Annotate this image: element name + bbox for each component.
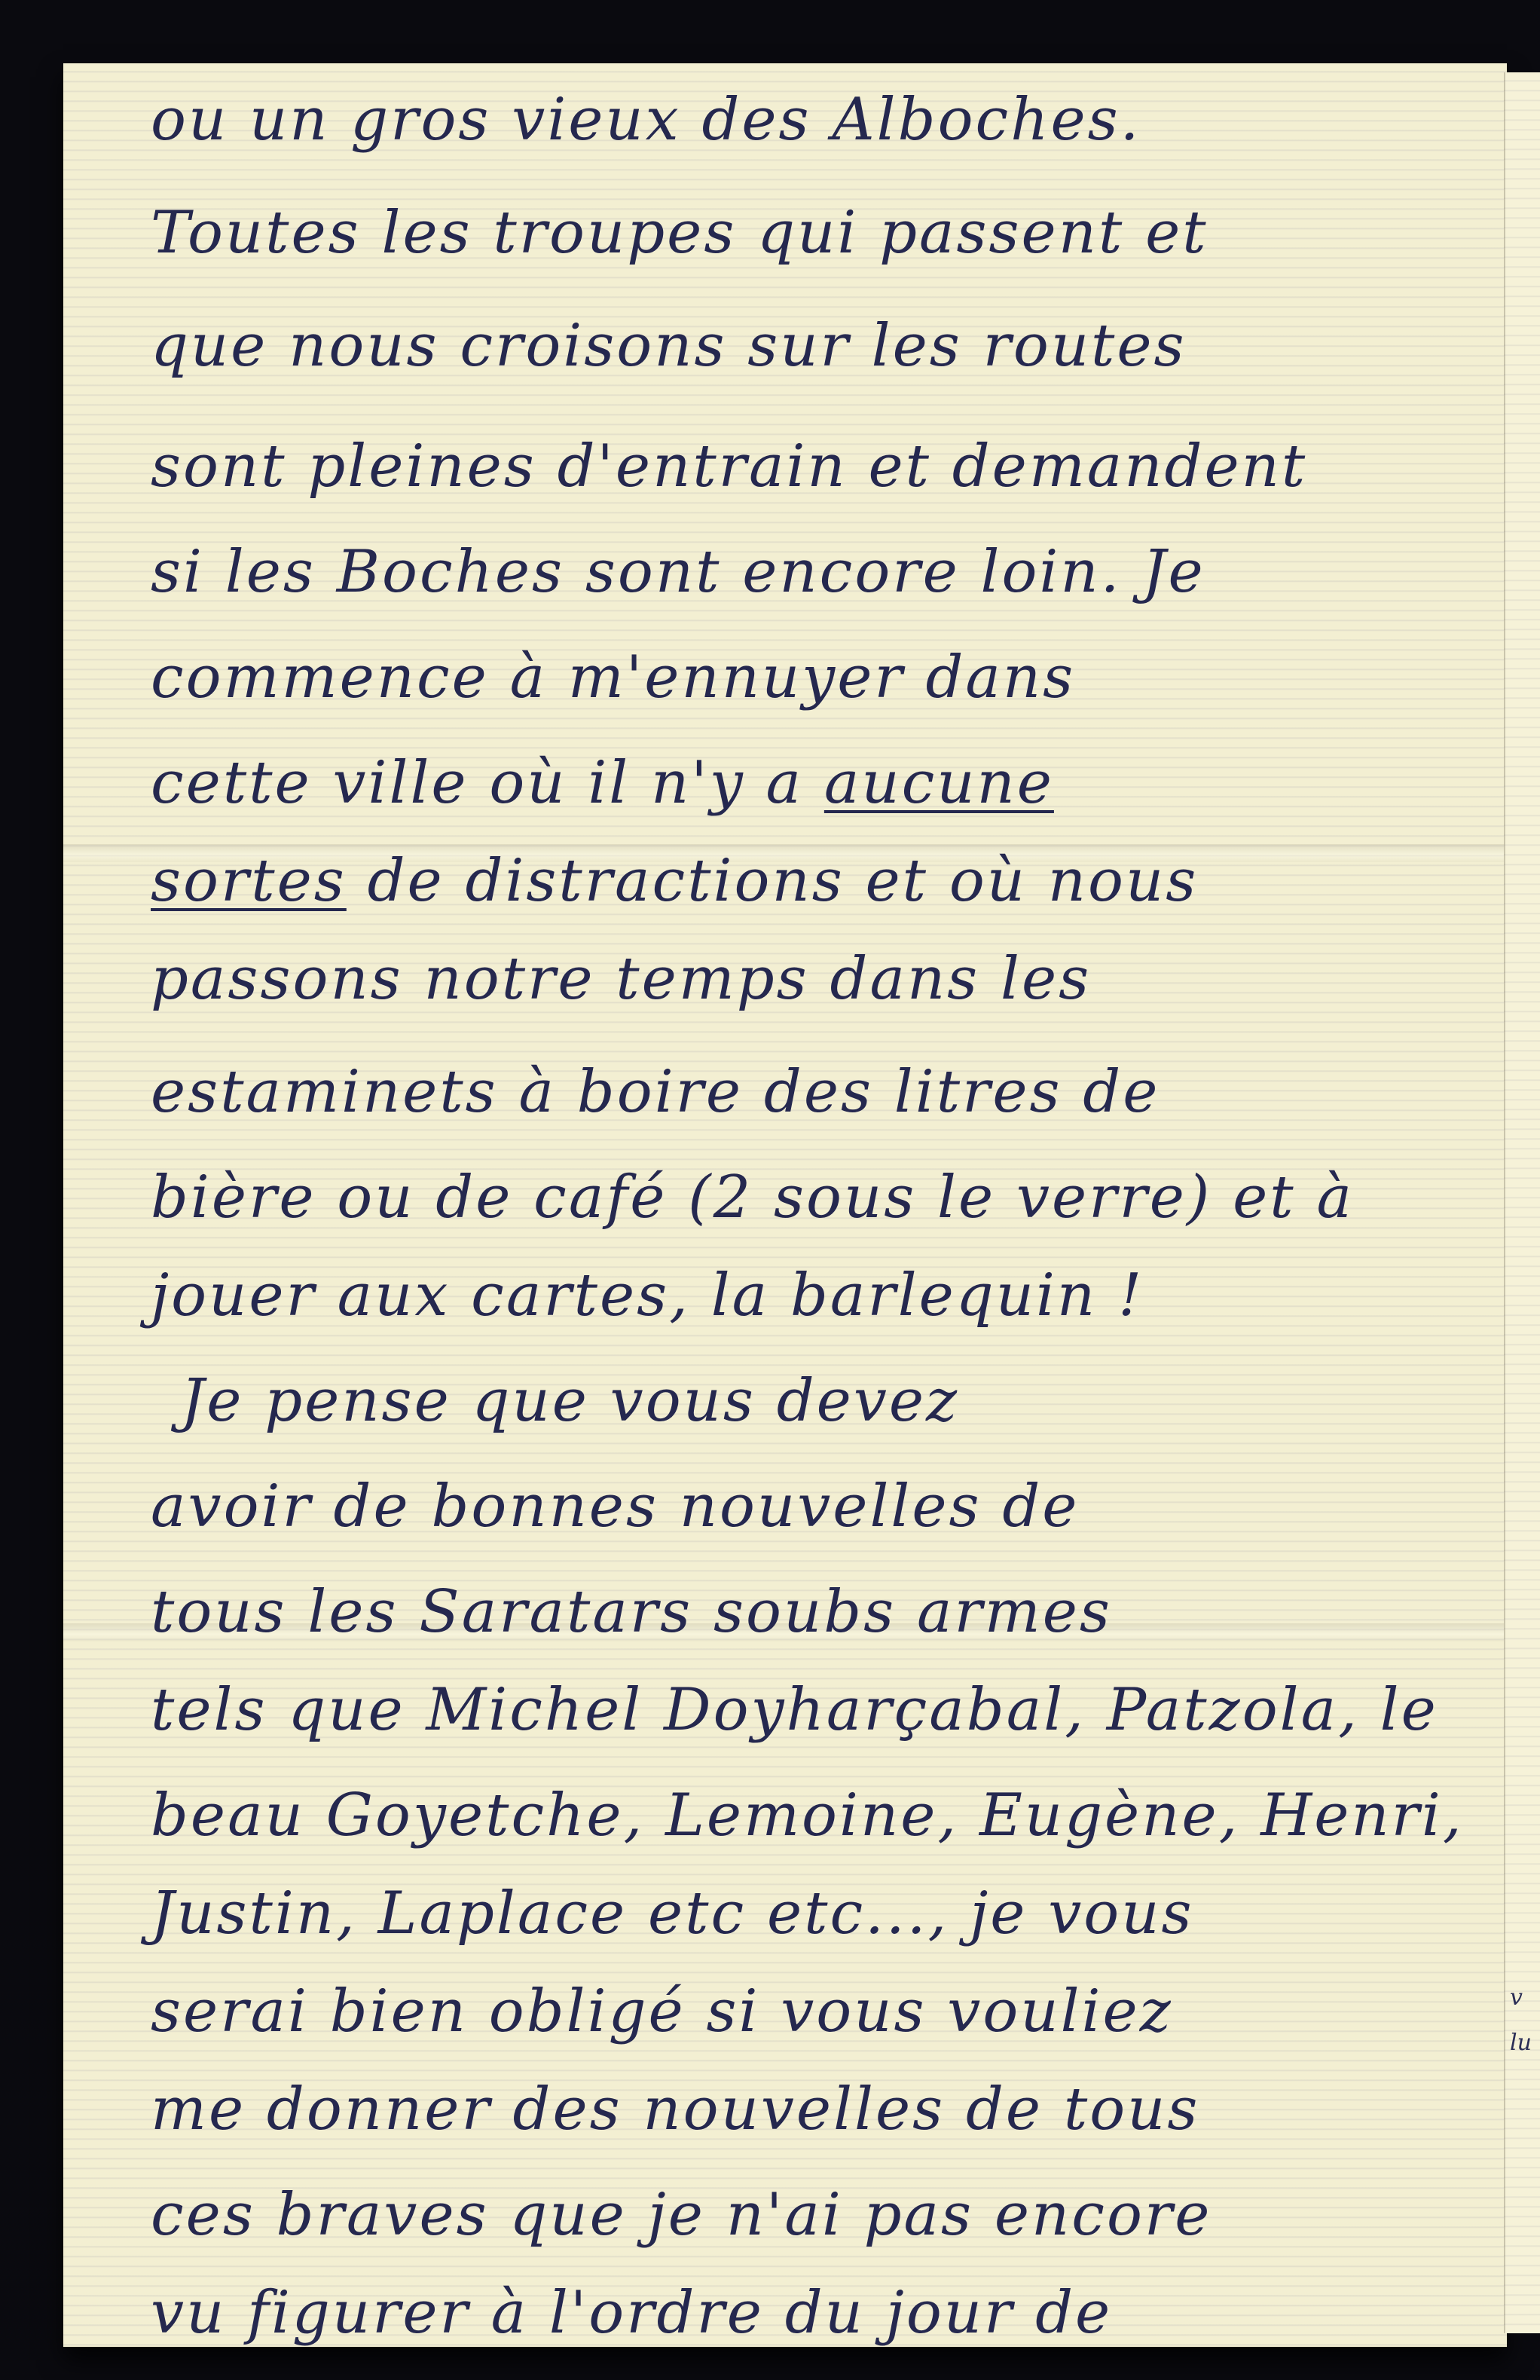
handwritten-line: passons notre temps dans les (151, 950, 1091, 1008)
margin-note-line: lu (1510, 2032, 1532, 2054)
handwritten-line: estaminets à boire des litres de (151, 1063, 1160, 1121)
handwritten-line: cette ville où il n'y a aucune (151, 754, 1054, 812)
handwritten-line: Justin, Laplace etc etc..., je vous (151, 1884, 1194, 1943)
handwritten-line: beau Goyetche, Lemoine, Eugène, Henri, (151, 1786, 1464, 1845)
handwritten-line: ou un gros vieux des Alboches. (151, 90, 1141, 149)
handwritten-line: tous les Saratars soubs armes (151, 1583, 1112, 1641)
handwritten-line: vu figurer à l'ordre du jour de (151, 2284, 1112, 2342)
underlined-word: aucune (824, 749, 1054, 817)
handwritten-line: ces braves que je n'ai pas encore (151, 2186, 1212, 2244)
line-text: cette ville où il n'y a (151, 749, 824, 817)
handwritten-line: commence à m'ennuyer dans (151, 648, 1075, 707)
paragraph-start-line: Je pense que vous devez (181, 1372, 959, 1430)
margin-note-line: v (1510, 1987, 1523, 2009)
handwritten-line: bière ou de café (2 sous le verre) et à (151, 1168, 1354, 1227)
handwritten-line: me donner des nouvelles de tous (151, 2080, 1199, 2139)
handwritten-line: avoir de bonnes nouvelles de (151, 1477, 1079, 1536)
line-text: de distractions et où nous (347, 847, 1198, 915)
adjacent-page-edge: v lu (1504, 72, 1540, 2333)
handwritten-line: serai bien obligé si vous vouliez (151, 1982, 1173, 2041)
underlined-word: sortes (151, 847, 347, 915)
handwritten-line: sortes de distractions et où nous (151, 852, 1198, 910)
handwritten-line: tels que Michel Doyharçabal, Patzola, le (151, 1681, 1438, 1739)
handwritten-line: si les Boches sont encore loin. Je (151, 543, 1205, 601)
handwritten-line: Toutes les troupes qui passent et (151, 203, 1208, 262)
handwritten-line: jouer aux cartes, la barlequin ! (151, 1266, 1144, 1325)
handwritten-line: sont pleines d'entrain et demandent (151, 437, 1307, 496)
handwritten-line: que nous croisons sur les routes (151, 317, 1187, 375)
